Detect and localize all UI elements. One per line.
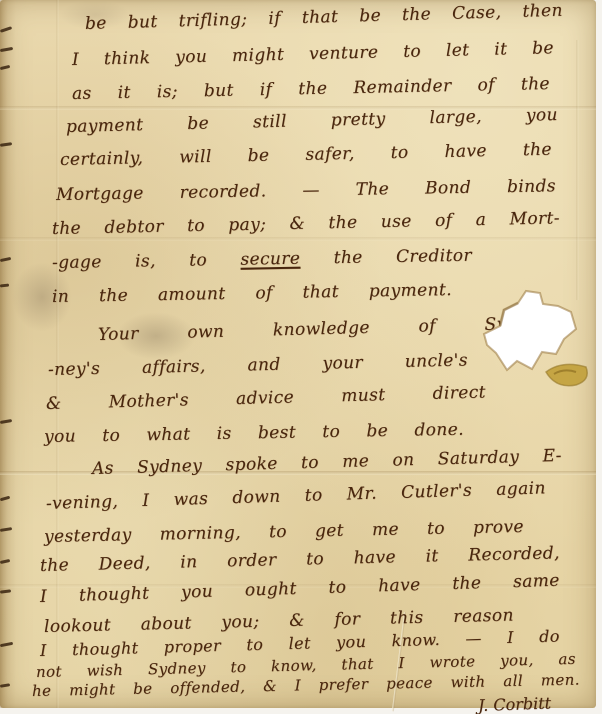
tear-hole	[484, 291, 576, 370]
letter-line-segment: -gage is, to	[52, 250, 241, 273]
torn-hole-graphic	[470, 268, 602, 418]
wax-stain	[546, 364, 587, 385]
signature: J. Corbitt	[478, 693, 552, 714]
underlined-word: secure	[240, 249, 300, 270]
scanned-letter-page: be but trifling; if that be the Case, th…	[0, 0, 602, 714]
letter-line-segment: the Creditor	[300, 246, 472, 269]
right-edge-crease	[576, 40, 579, 300]
